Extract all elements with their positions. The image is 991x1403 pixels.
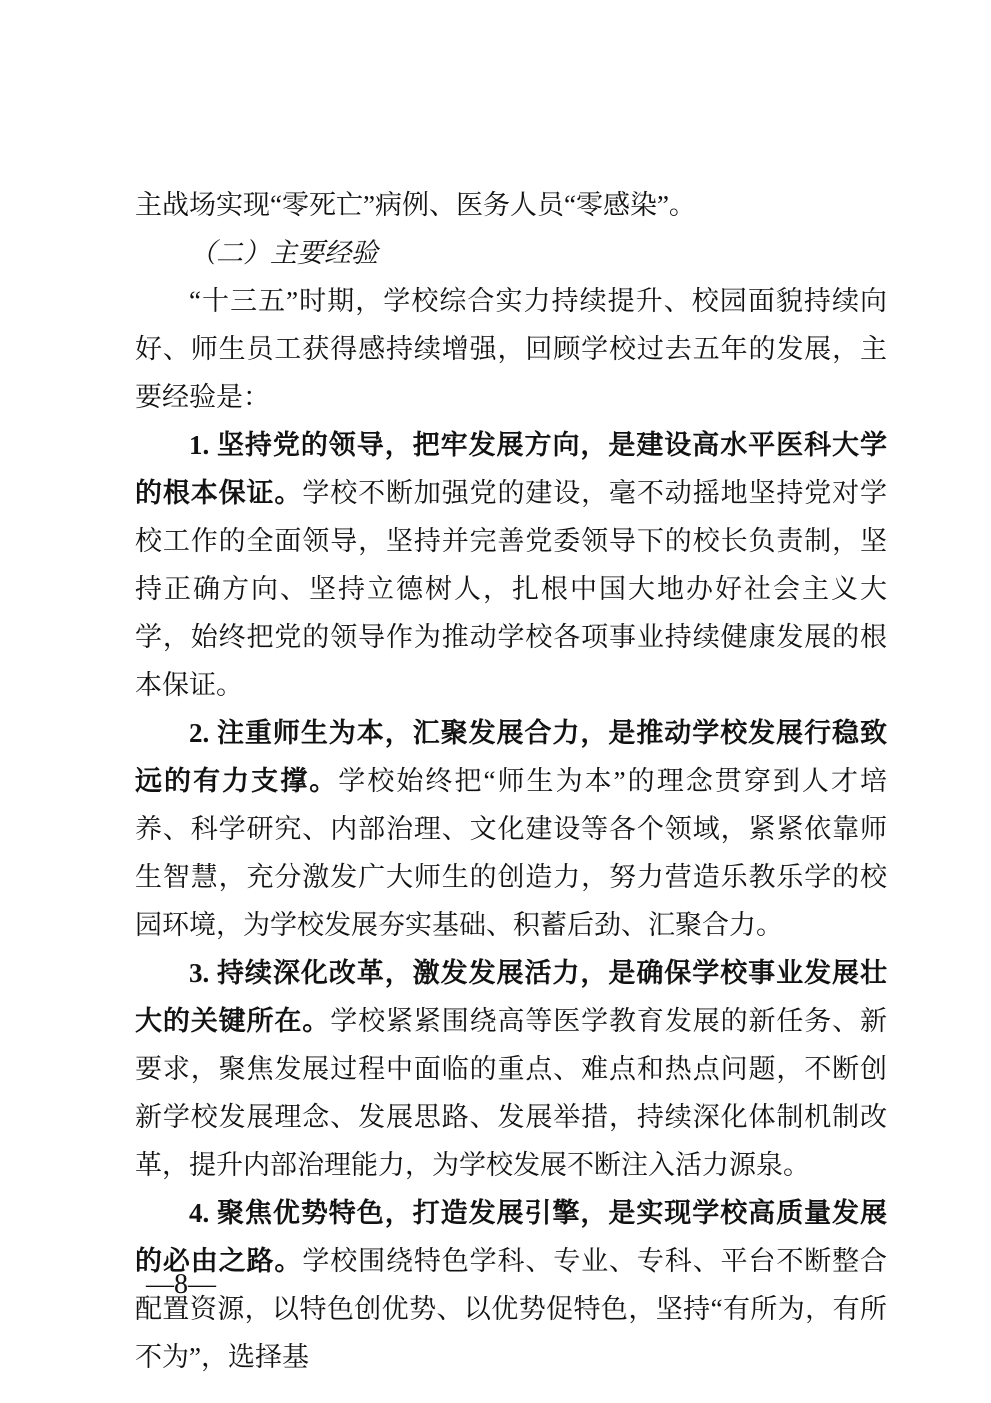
paragraph-point-3: 3. 持续深化改革，激发发展活力，是确保学校事业发展壮大的关键所在。学校紧紧围绕… xyxy=(135,949,887,1189)
point-1-text: 学校不断加强党的建设，毫不动摇地坚持党对学校工作的全面领导，坚持并完善党委领导下… xyxy=(135,478,887,700)
section-subheading: （二）主要经验 xyxy=(135,229,887,277)
paragraph-point-1: 1. 坚持党的领导，把牢发展方向，是建设高水平医科大学的根本保证。学校不断加强党… xyxy=(135,421,887,709)
paragraph-continuation: 主战场实现“零死亡”病例、医务人员“零感染”。 xyxy=(135,181,887,229)
paragraph-point-2: 2. 注重师生为本，汇聚发展合力，是推动学校发展行稳致远的有力支撑。学校始终把“… xyxy=(135,709,887,949)
paragraph-text: 主战场实现“零死亡”病例、医务人员“零感染”。 xyxy=(135,190,696,220)
subheading-text: （二）主要经验 xyxy=(189,238,378,268)
paragraph-point-4: 4. 聚焦优势特色，打造发展引擎，是实现学校高质量发展的必由之路。学校围绕特色学… xyxy=(135,1189,887,1381)
page-number: —8— xyxy=(146,1269,216,1300)
paragraph-intro: “十三五”时期，学校综合实力持续提升、校园面貌持续向好、师生员工获得感持续增强，… xyxy=(135,277,887,421)
page-footer: —8— xyxy=(146,1268,216,1302)
paragraph-text: “十三五”时期，学校综合实力持续提升、校园面貌持续向好、师生员工获得感持续增强，… xyxy=(135,286,887,412)
text-block: 主战场实现“零死亡”病例、医务人员“零感染”。 （二）主要经验 “十三五”时期，… xyxy=(135,181,887,1381)
